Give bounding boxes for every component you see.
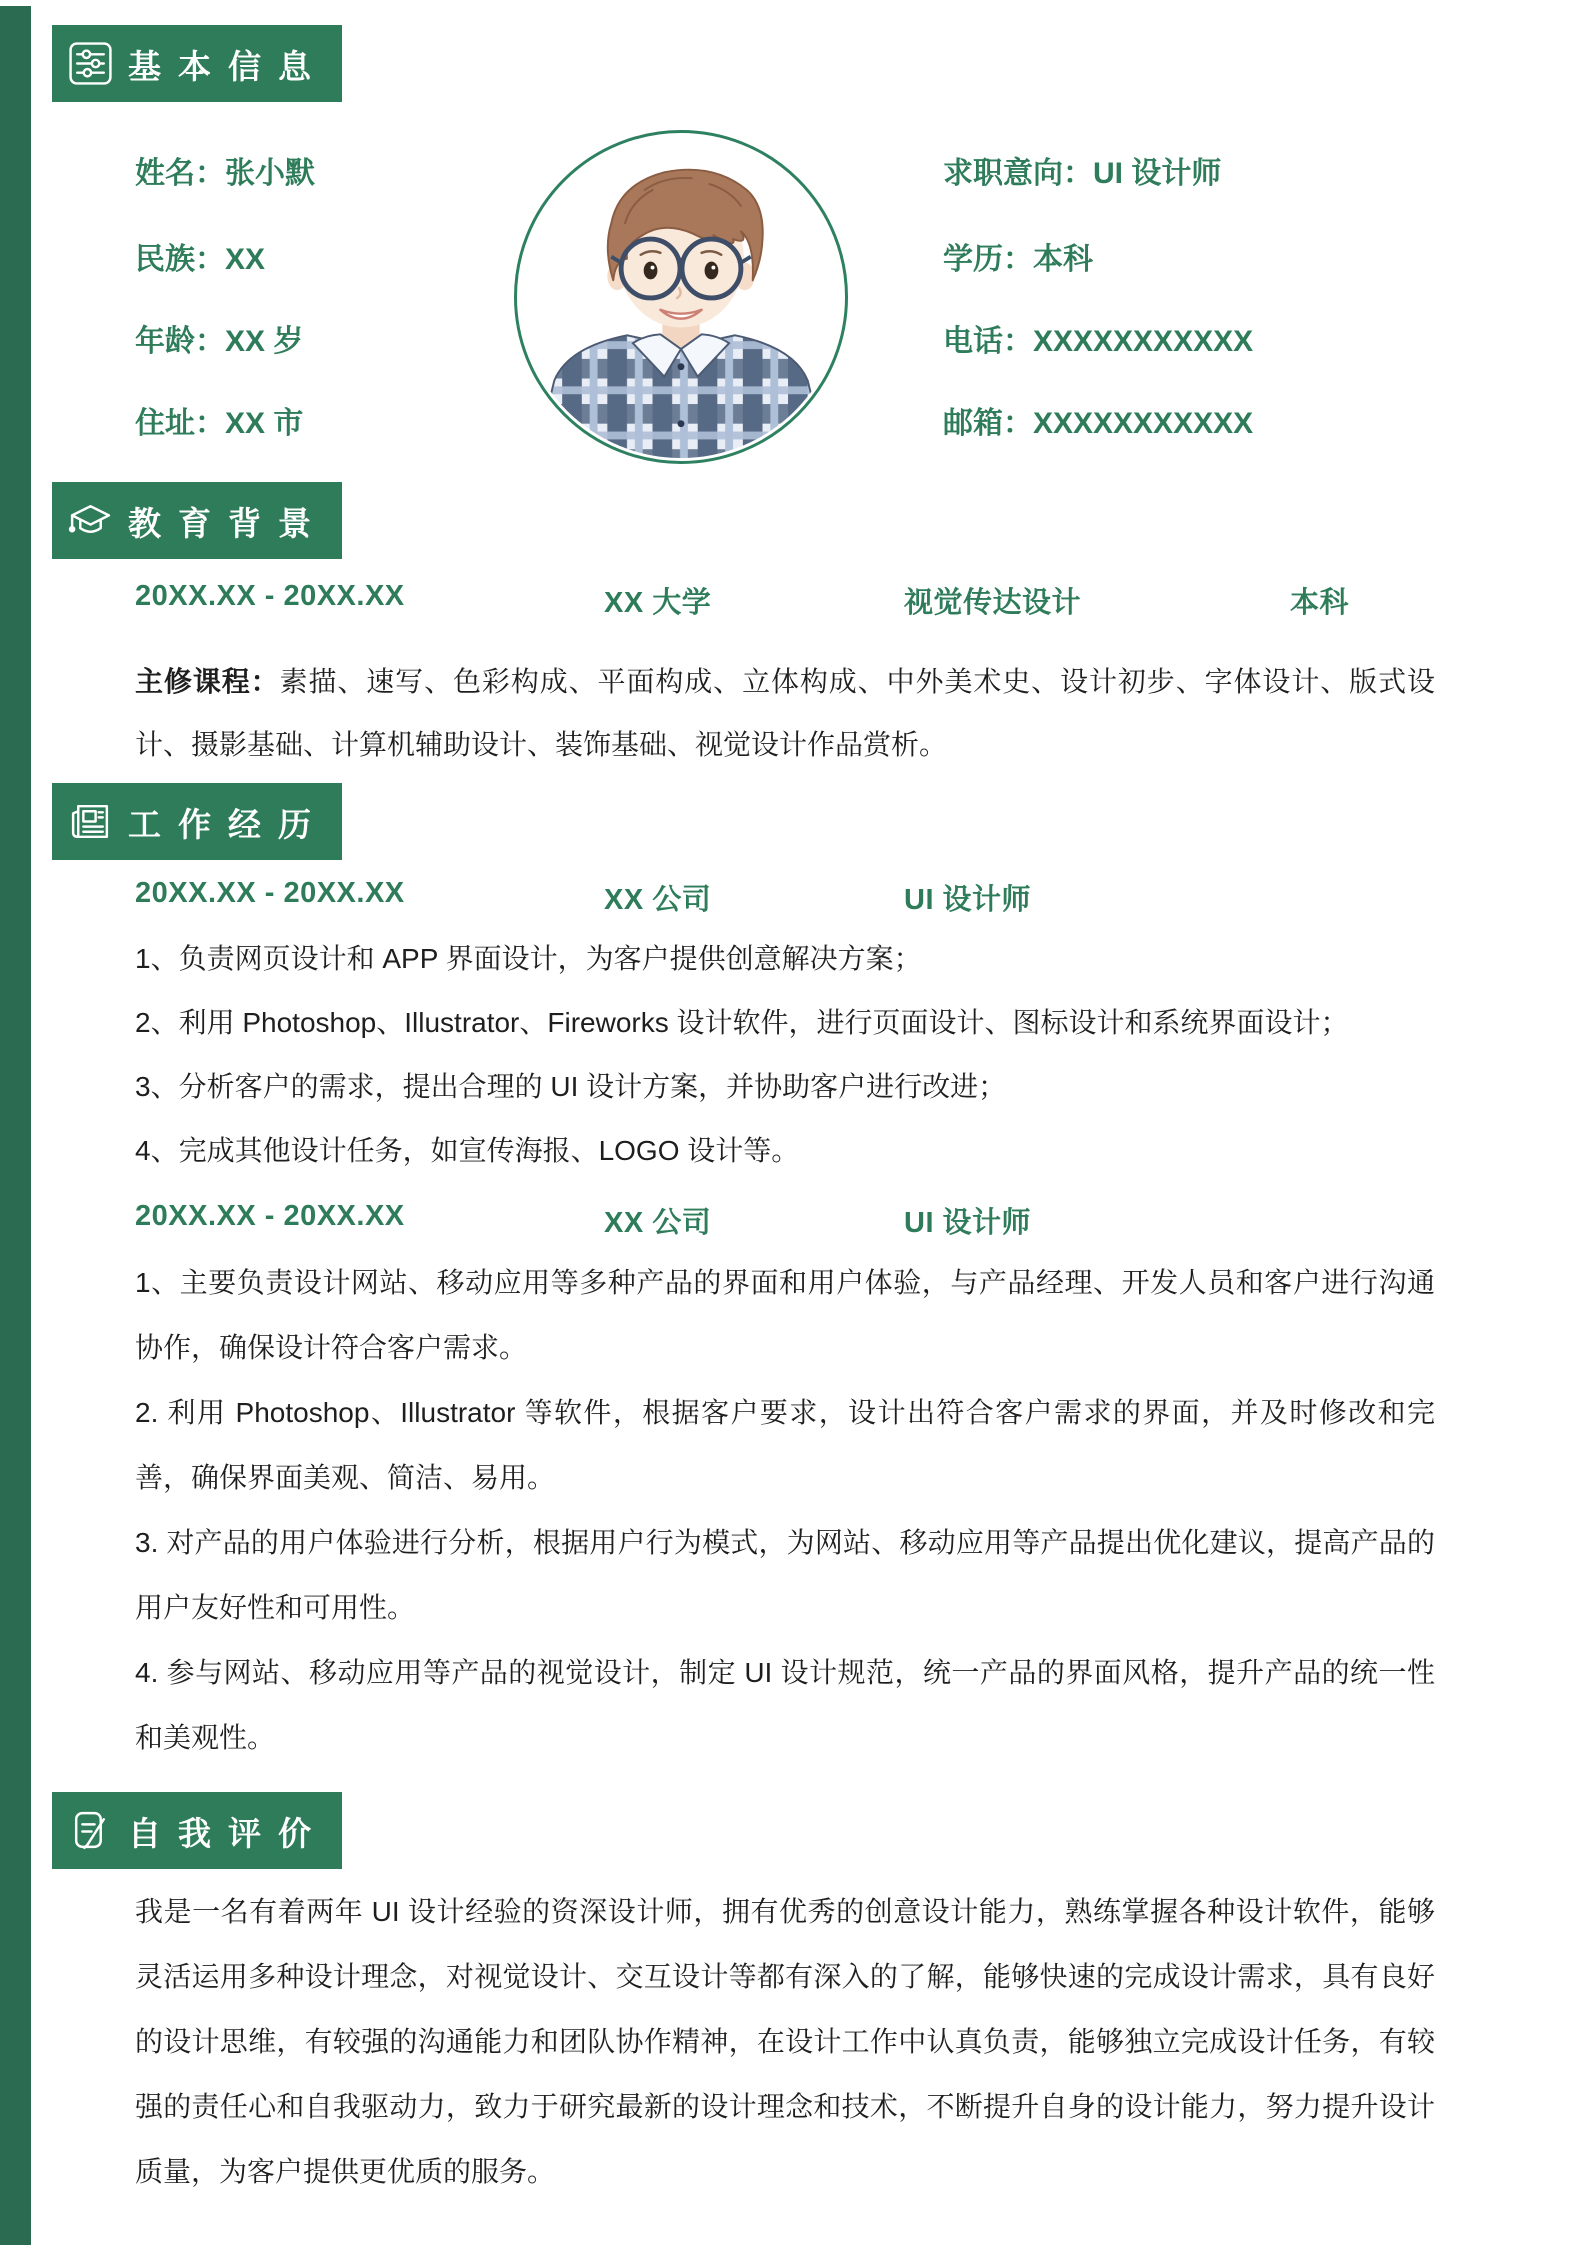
- job2-company: XX 公司: [604, 1200, 711, 1241]
- job1-role: UI 设计师: [904, 877, 1031, 918]
- job2-role: UI 设计师: [904, 1200, 1031, 1241]
- newspaper-icon: [67, 798, 114, 845]
- edu-school: XX 大学: [604, 580, 711, 621]
- edu-degree: 本科: [1290, 580, 1349, 621]
- courses-text: 素描、速写、色彩构成、平面构成、立体构成、中外美术史、设计初步、字体设计、版式设…: [135, 666, 1435, 760]
- field-age: 年龄：XX 岁: [135, 316, 303, 360]
- job2-item-4: 4. 参与网站、移动应用等产品的视觉设计，制定 UI 设计规范，统一产品的界面风…: [135, 1640, 1435, 1770]
- job1-items: 1、负责网页设计和 APP 界面设计，为客户提供创意解决方案； 2、利用 Pho…: [135, 927, 1435, 1183]
- field-ethnicity: 民族：XX: [135, 234, 265, 278]
- job2-item-3: 3. 对产品的用户体验进行分析，根据用户行为模式，为网站、移动应用等产品提出优化…: [135, 1510, 1435, 1640]
- left-accent-strip: [0, 6, 31, 2245]
- section-title: 基本信息: [128, 41, 328, 88]
- edu-period: 20XX.XX - 20XX.XX: [135, 580, 405, 613]
- field-degree: 学历：本科: [943, 234, 1093, 278]
- field-email: 邮箱：XXXXXXXXXXX: [943, 398, 1253, 442]
- section-header-basic-info: 基本信息: [52, 25, 342, 102]
- courses-label: 主修课程：: [135, 666, 280, 697]
- job1-period: 20XX.XX - 20XX.XX: [135, 877, 405, 910]
- edu-courses: 主修课程：素描、速写、色彩构成、平面构成、立体构成、中外美术史、设计初步、字体设…: [135, 650, 1435, 776]
- self-evaluation-text: 我是一名有着两年 UI 设计经验的资深设计师，拥有优秀的创意设计能力，熟练掌握各…: [135, 1879, 1435, 2204]
- section-title: 教育背景: [128, 498, 328, 545]
- job2-items: 1、主要负责设计网站、移动应用等多种产品的界面和用户体验，与产品经理、开发人员和…: [135, 1250, 1435, 1770]
- note-pen-icon: [67, 1807, 114, 1854]
- job1-item-1: 1、负责网页设计和 APP 界面设计，为客户提供创意解决方案；: [135, 927, 1435, 991]
- job2-period: 20XX.XX - 20XX.XX: [135, 1200, 405, 1233]
- job1-company: XX 公司: [604, 877, 711, 918]
- avatar: [514, 130, 848, 464]
- field-job-intention: 求职意向：UI 设计师: [943, 148, 1221, 192]
- section-title: 工作经历: [128, 799, 328, 846]
- section-title: 自我评价: [128, 1808, 328, 1855]
- field-address: 住址：XX 市: [135, 398, 303, 442]
- resume-page: 基本信息 姓名：张小默 民族：XX 年龄：XX 岁 住址：XX 市 求职意向：U…: [0, 0, 1587, 2245]
- job1-item-2: 2、利用 Photoshop、Illustrator、Fireworks 设计软…: [135, 991, 1435, 1055]
- field-phone: 电话：XXXXXXXXXXX: [943, 316, 1253, 360]
- portrait-illustration: [517, 133, 845, 461]
- graduation-cap-icon: [67, 497, 114, 544]
- section-header-work: 工作经历: [52, 783, 342, 860]
- section-header-self-evaluation: 自我评价: [52, 1792, 342, 1869]
- job2-item-1: 1、主要负责设计网站、移动应用等多种产品的界面和用户体验，与产品经理、开发人员和…: [135, 1250, 1435, 1380]
- field-name: 姓名：张小默: [135, 148, 315, 192]
- job1-item-4: 4、完成其他设计任务，如宣传海报、LOGO 设计等。: [135, 1119, 1435, 1183]
- edu-major: 视觉传达设计: [904, 580, 1081, 621]
- sliders-icon: [67, 40, 114, 87]
- section-header-education: 教育背景: [52, 482, 342, 559]
- job2-item-2: 2. 利用 Photoshop、Illustrator 等软件，根据客户要求，设…: [135, 1380, 1435, 1510]
- job1-item-3: 3、分析客户的需求，提出合理的 UI 设计方案，并协助客户进行改进；: [135, 1055, 1435, 1119]
